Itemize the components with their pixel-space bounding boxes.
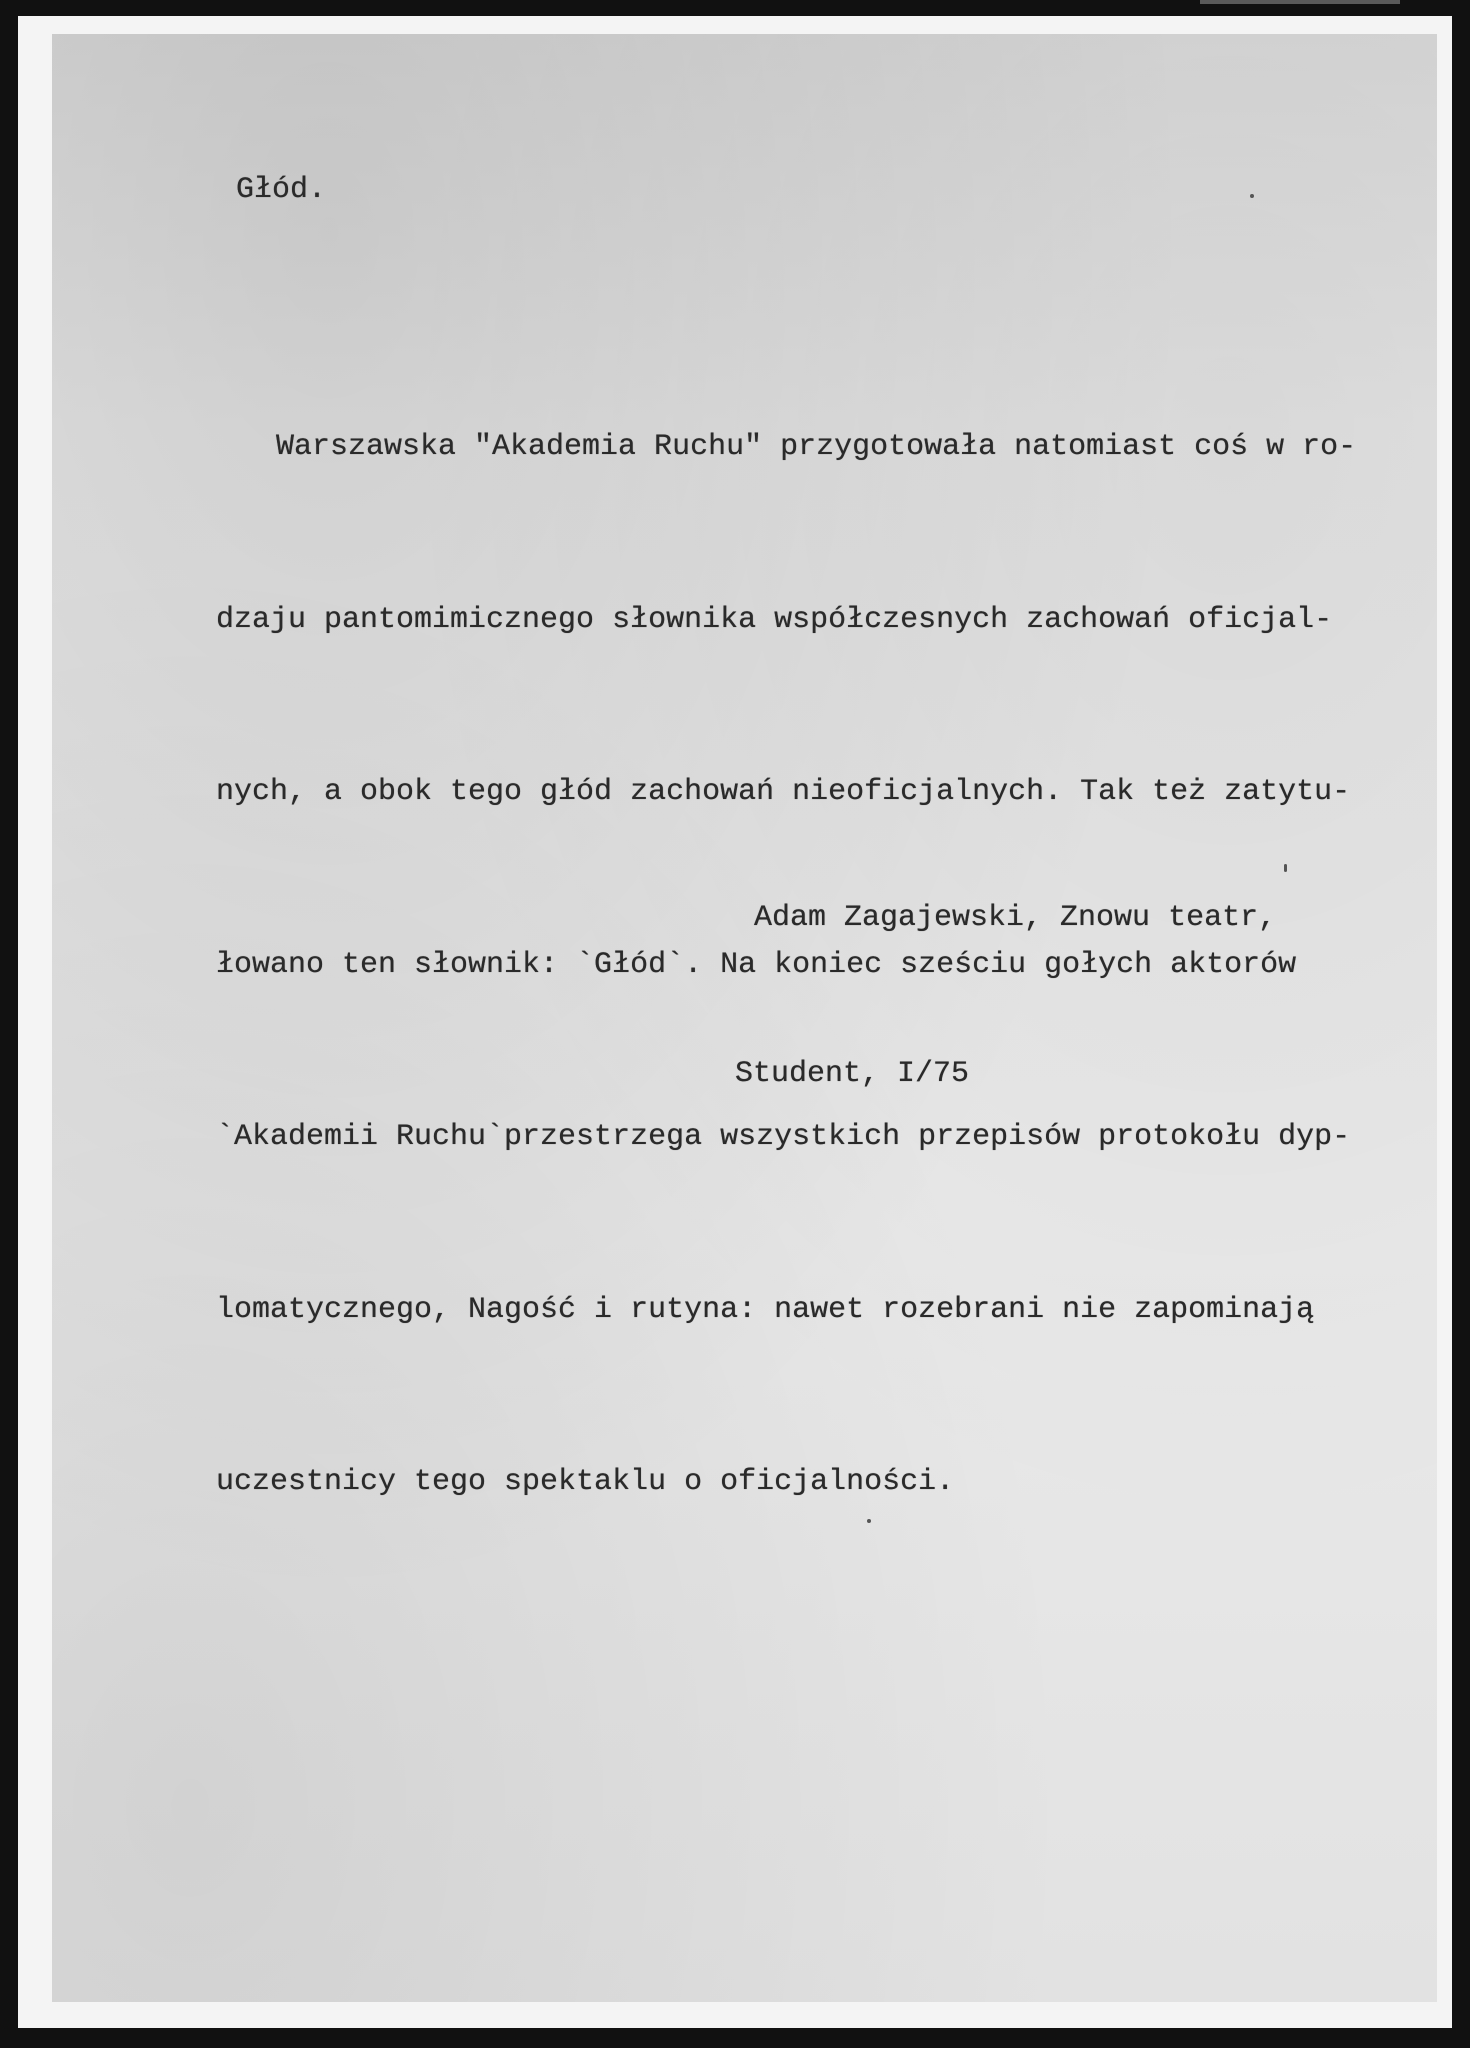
paragraph-line: Warszawska "Akademia Ruchu" przygotowała… [216, 419, 1356, 477]
document-title: Głód. [236, 173, 326, 207]
paragraph-line: dzaju pantomimicznego słownika współczes… [216, 592, 1356, 650]
paragraph-line: uczestnicy tego spektaklu o oficjalności… [216, 1454, 1356, 1512]
paper-speck [1250, 194, 1254, 198]
source-citation: Adam Zagajewski, Znowu teatr, Student, I… [735, 788, 1276, 1152]
scan-edge-strip [1200, 0, 1400, 4]
citation-author-title: Adam Zagajewski, Znowu teatr, [735, 892, 1276, 944]
citation-publication: Student, I/75 [735, 1048, 1276, 1100]
paragraph-line: lomatycznego, Nagość i rutyna: nawet roz… [216, 1282, 1356, 1340]
